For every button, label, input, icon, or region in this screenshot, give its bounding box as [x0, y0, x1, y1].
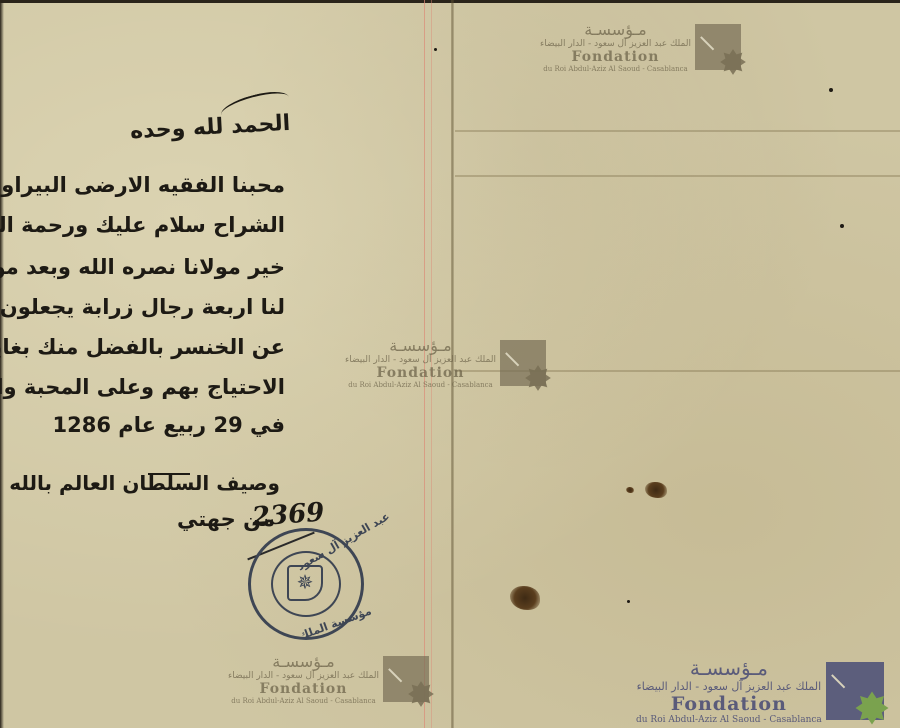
scan-edge-left — [0, 0, 4, 728]
letter-line: خير مولانا نصره الله وبعد موجب — [0, 255, 285, 279]
letter-line: وصيف السلطان العالم بالله — [9, 471, 280, 495]
manuscript-page: الحمد لله وحده محبنا الفقيه الارضى البير… — [0, 0, 900, 728]
watermark-fr-subtitle: du Roi Abdul-Aziz Al Saoud - Casablanca — [228, 697, 379, 705]
foundation-logo-icon — [383, 656, 429, 702]
letter-heading: الحمد لله وحده — [129, 111, 290, 144]
watermark-text: مـؤسسـة الملك عبد العزيز آل سعود - الدار… — [345, 336, 496, 389]
ink-stain — [645, 482, 667, 498]
watermark-fr-title: Fondation — [540, 49, 691, 65]
watermark-ar-title: مـؤسسـة — [636, 656, 822, 680]
seal-inner-ring: ✵ — [271, 551, 341, 617]
watermark-fr-subtitle: du Roi Abdul-Aziz Al Saoud - Casablanca — [540, 65, 691, 73]
ink-stain — [510, 586, 540, 610]
paper-speck — [840, 224, 844, 228]
star-icon — [854, 690, 890, 726]
watermark-ar-title: مـؤسسـة — [540, 20, 691, 39]
watermark-ar-title: مـؤسسـة — [228, 652, 379, 671]
letter-line: محبنا الفقيه الارضى البيراو ريس — [0, 173, 285, 197]
star-icon — [719, 48, 747, 76]
watermark-text: مـؤسسـة الملك عبد العزيز آل سعود - الدار… — [228, 652, 379, 705]
letter-line: لنا اربعة رجال زرابة يجعلون دينا — [0, 295, 285, 319]
paper-speck — [627, 600, 630, 603]
watermark-text: مـؤسسـة الملك عبد العزيز آل سعود - الدار… — [636, 656, 822, 725]
foundation-watermark: مـؤسسـة الملك عبد العزيز آل سعود - الدار… — [540, 20, 741, 73]
letter-line: الاحتياج بهم وعلى المحبة والسلام — [0, 375, 285, 399]
watermark-text: مـؤسسـة الملك عبد العزيز آل سعود - الدار… — [540, 20, 691, 73]
star-icon — [407, 680, 435, 708]
foundation-watermark: مـؤسسـة الملك عبد العزيز آل سعود - الدار… — [345, 336, 546, 389]
foundation-watermark: مـؤسسـة الملك عبد العزيز آل سعود - الدار… — [228, 652, 429, 705]
watermark-fr-title: Fondation — [345, 365, 496, 381]
foundation-logo-icon — [500, 340, 546, 386]
paper-speck — [434, 48, 437, 51]
star-icon — [524, 364, 552, 392]
watermark-ar-subtitle: الملك عبد العزيز آل سعود - الدار البيضاء — [540, 39, 691, 49]
scan-edge-top — [0, 0, 900, 3]
watermark-fr-title: Fondation — [636, 693, 822, 715]
letter-line: الشراح سلام عليك ورحمة الله عن — [0, 213, 285, 237]
watermark-ar-subtitle: الملك عبد العزيز آل سعود - الدار البيضاء — [636, 680, 822, 693]
foundation-logo-icon — [826, 662, 884, 720]
watermark-fr-subtitle: du Roi Abdul-Aziz Al Saoud - Casablanca — [636, 715, 822, 725]
horizontal-fold — [455, 130, 900, 132]
foundation-watermark-primary: مـؤسسـة الملك عبد العزيز آل سعود - الدار… — [636, 656, 884, 725]
foundation-logo-icon — [695, 24, 741, 70]
watermark-ar-subtitle: الملك عبد العزيز آل سعود - الدار البيضاء — [228, 671, 379, 681]
watermark-ar-title: مـؤسسـة — [345, 336, 496, 355]
horizontal-fold — [455, 175, 900, 177]
archive-seal: عبد العزيز آل سعود ✵ مؤسسة الملك — [248, 528, 364, 640]
letter-date-line: في 29 ربيع عام 1286 — [53, 413, 285, 437]
octagram-star-icon: ✵ — [287, 565, 323, 601]
ink-stain — [626, 487, 634, 493]
archive-reference-number: 2369 — [251, 498, 325, 533]
watermark-fr-subtitle: du Roi Abdul-Aziz Al Saoud - Casablanca — [345, 381, 496, 389]
paper-speck — [829, 88, 833, 92]
watermark-ar-subtitle: الملك عبد العزيز آل سعود - الدار البيضاء — [345, 355, 496, 365]
letter-line: عن الخنسر بالفضل منك بغاية — [0, 335, 285, 359]
watermark-fr-title: Fondation — [228, 681, 379, 697]
